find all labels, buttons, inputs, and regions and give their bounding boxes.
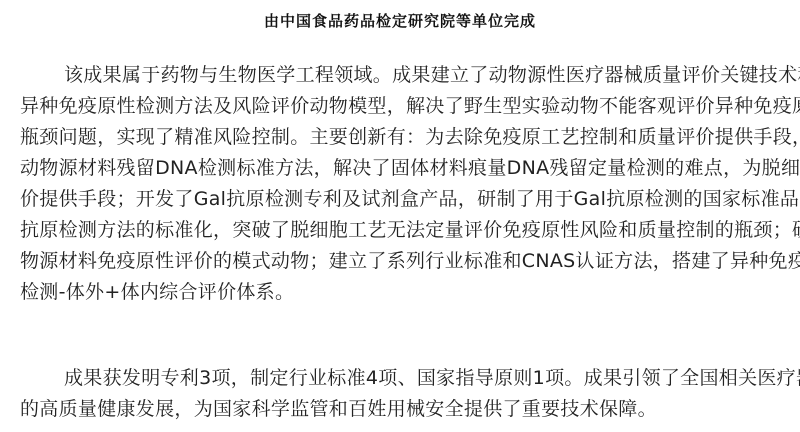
paragraph-line: 动物源材料残留DNA检测标准方法，解决了固体材料痕量DNA残留定量检测的难点，为…	[20, 156, 800, 180]
paragraph-line: 瓶颈问题，实现了精准风险控制。主要创新有：为去除免疫原工艺控制和质量评价提供手段…	[20, 125, 800, 149]
paragraph-line: 抗原检测方法的标准化，突破了脱细胞工艺无法定量评价免疫原性风险和质量控制的瓶颈；…	[20, 218, 800, 242]
paragraph-line: 异种免疫原性检测方法及风险评价动物模型，解决了野生型实验动物不能客观评价异种免疫…	[20, 94, 800, 118]
paragraph-line: 价提供手段；开发了Gal抗原检测专利及试剂盒产品，研制了用于Gal抗原检测的国家…	[20, 187, 800, 211]
paragraph-line: 物源材料免疫原性评价的模式动物；建立了系列行业标准和CNAS认证方法，搭建了异种…	[20, 249, 800, 273]
paragraph-line: 的高质量健康发展，为国家科学监管和百姓用械安全提供了重要技术保障。	[20, 397, 657, 421]
document-title: 由中国食品药品检定研究院等单位完成	[0, 10, 800, 31]
paragraph-line: 该成果属于药物与生物医学工程领域。成果建立了动物源性医疗器械质量评价关键技术和标…	[64, 63, 800, 87]
paragraph-line: 检测-体外+体内综合评价体系。	[20, 280, 294, 304]
paragraph-line: 成果获发明专利3项，制定行业标准4项、国家指导原则1项。成果引领了全国相关医疗器…	[64, 366, 800, 390]
